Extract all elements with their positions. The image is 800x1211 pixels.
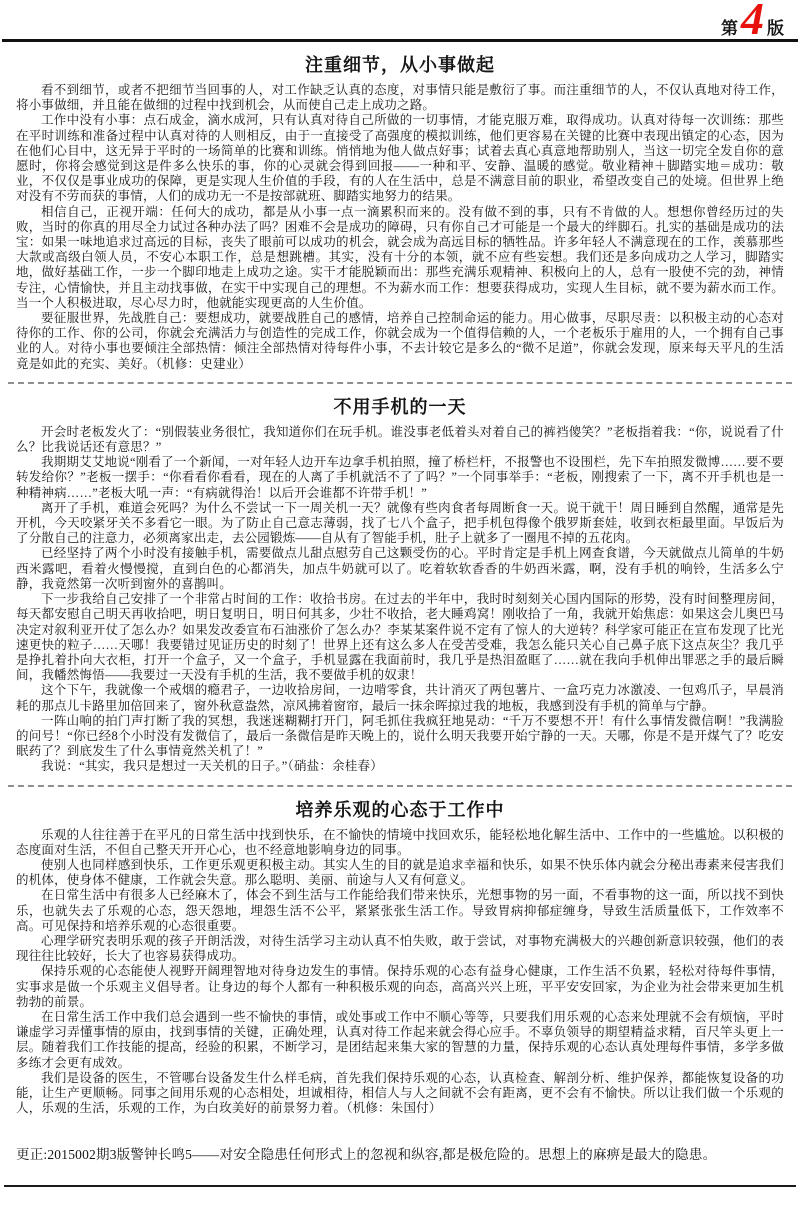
article-paragraph: 一阵山响的拍门声打断了我的冥想，我迷迷糊糊打开门，阿毛抓住我疯狂地晃动：“千万不… xyxy=(16,714,784,760)
article-paragraph: 相信自己，正视开端：任何大的成功，都是从小事一点一滴累积而来的。没有做不到的事，… xyxy=(16,205,784,311)
edition-suffix: 版 xyxy=(767,20,784,37)
article-day-without-phone: 不用手机的一天 开会时老板发火了：“别假装业务很忙，我知道你们在玩手机。谁没事老… xyxy=(16,393,784,775)
article-title: 注重细节，从小事做起 xyxy=(16,51,784,77)
newspaper-page: 第 4 版 注重细节，从小事做起 看不到细节，或者不把细节当回事的人，对工作缺乏… xyxy=(0,0,800,1211)
edition-prefix: 第 xyxy=(721,20,738,37)
article-paragraph: 在日常生活工作中我们总会遇到一些不愉快的事情，或处事或工作中不顺心等等，只要我们… xyxy=(16,1010,784,1071)
article-paragraph: 使别人也同样感到快乐，工作更乐观更积极主动。其实人生的目的就是追求幸福和快乐，如… xyxy=(16,858,784,888)
edition-number: 4 xyxy=(741,2,764,37)
article-paragraph: 下一步我给自己安排了一个非常占时间的工作：收拾书房。在过去的半年中，我时时刻刻关… xyxy=(16,592,784,683)
bottom-rule xyxy=(4,1185,796,1187)
article-paragraph: 心理学研究表明乐观的孩子开朗活泼，对待生活学习主动认真不怕失败，敢于尝试，对事物… xyxy=(16,934,784,964)
article-paragraph: 要征服世界，先战胜自己：要想成功，就要战胜自己的感情，培养自己控制命运的能力。用… xyxy=(16,311,784,372)
article-optimistic-mindset: 培养乐观的心态于工作中 乐观的人往往善于在平凡的日常生活中找到快乐，在不愉快的情… xyxy=(16,796,784,1117)
article-divider xyxy=(8,785,792,787)
article-paragraph: 我说：“其实，我只是想过一天关机的日子。”（硝盐：余桂春） xyxy=(16,759,784,774)
article-paragraph: 工作中没有小事：点石成金，滴水成河，只有认真对待自己所做的一切事情，才能克服万难… xyxy=(16,113,784,204)
article-paragraph: 在日常生活中有很多人已经麻木了，体会不到生活与工作能给我们带来快乐，光想事物的另… xyxy=(16,888,784,934)
article-paragraph: 这个下午，我就像一个戒烟的瘾君子，一边收拾房间，一边啃零食，共计消灭了两包薯片、… xyxy=(16,683,784,713)
article-paragraph: 乐观的人往往善于在平凡的日常生活中找到快乐，在不愉快的情境中找回欢乐，能轻松地化… xyxy=(16,828,784,858)
article-attention-to-detail: 注重细节，从小事做起 看不到细节，或者不把细节当回事的人，对工作缺乏认真的态度，… xyxy=(16,51,784,372)
article-paragraph: 我期期艾艾地说“刚看了一个新闻，一对年轻人边开车边拿手机拍照，撞了桥栏杆，不报警… xyxy=(16,455,784,501)
article-paragraph: 我们是设备的医生，不管哪台设备发生什么样毛病，首先我们保持乐观的心态，认真检查、… xyxy=(16,1071,784,1117)
masthead-rule xyxy=(2,39,798,42)
article-divider xyxy=(8,382,792,384)
masthead: 第 4 版 xyxy=(16,0,784,38)
article-title: 培养乐观的心态于工作中 xyxy=(16,796,784,822)
correction-notice: 更正:2015002期3版警钟长鸣5——对安全隐患任何形式上的忽视和纵容,都是极… xyxy=(16,1146,784,1163)
article-paragraph: 看不到细节，或者不把细节当回事的人，对工作缺乏认真的态度，对事情只能是敷衍了事。… xyxy=(16,83,784,113)
article-paragraph: 保持乐观的心态能使人视野开阔理智地对待身边发生的事情。保持乐观的心态有益身心健康… xyxy=(16,964,784,1010)
article-paragraph: 离开了手机，难道会死吗？为什么不尝试一下一周关机一天？就像有些肉食者每周断食一天… xyxy=(16,501,784,547)
article-paragraph: 已经坚持了两个小时没有接触手机，需要做点儿甜点慰劳自己这颗受伤的心。平时肯定是手… xyxy=(16,546,784,592)
article-paragraph: 开会时老板发火了：“别假装业务很忙，我知道你们在玩手机。谁没事老低着头对着自己的… xyxy=(16,425,784,455)
article-title: 不用手机的一天 xyxy=(16,393,784,419)
